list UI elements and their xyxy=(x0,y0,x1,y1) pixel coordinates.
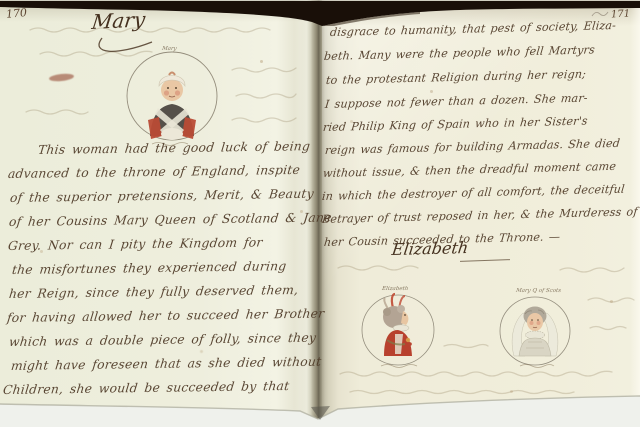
foxing-spots xyxy=(260,60,263,63)
chapter-heading-elizabeth: Elizabeth xyxy=(391,238,470,259)
page-number-left: 170 xyxy=(5,6,27,21)
medallion-caption-elizabeth: Elizabeth xyxy=(382,286,409,292)
folio-number-left: 8 xyxy=(3,410,9,420)
medallion-caption-mary-q-of-scots: Mary Q of Scots xyxy=(516,288,562,294)
manuscript-photo: 170 Mary Mary This woman had the good lu… xyxy=(0,0,640,427)
medallion-caption-mary: Mary xyxy=(162,46,177,52)
page-edge-stack xyxy=(630,6,640,402)
chapter-heading-mary: Mary xyxy=(91,7,147,34)
folio-number-right: 19 xyxy=(618,405,629,415)
